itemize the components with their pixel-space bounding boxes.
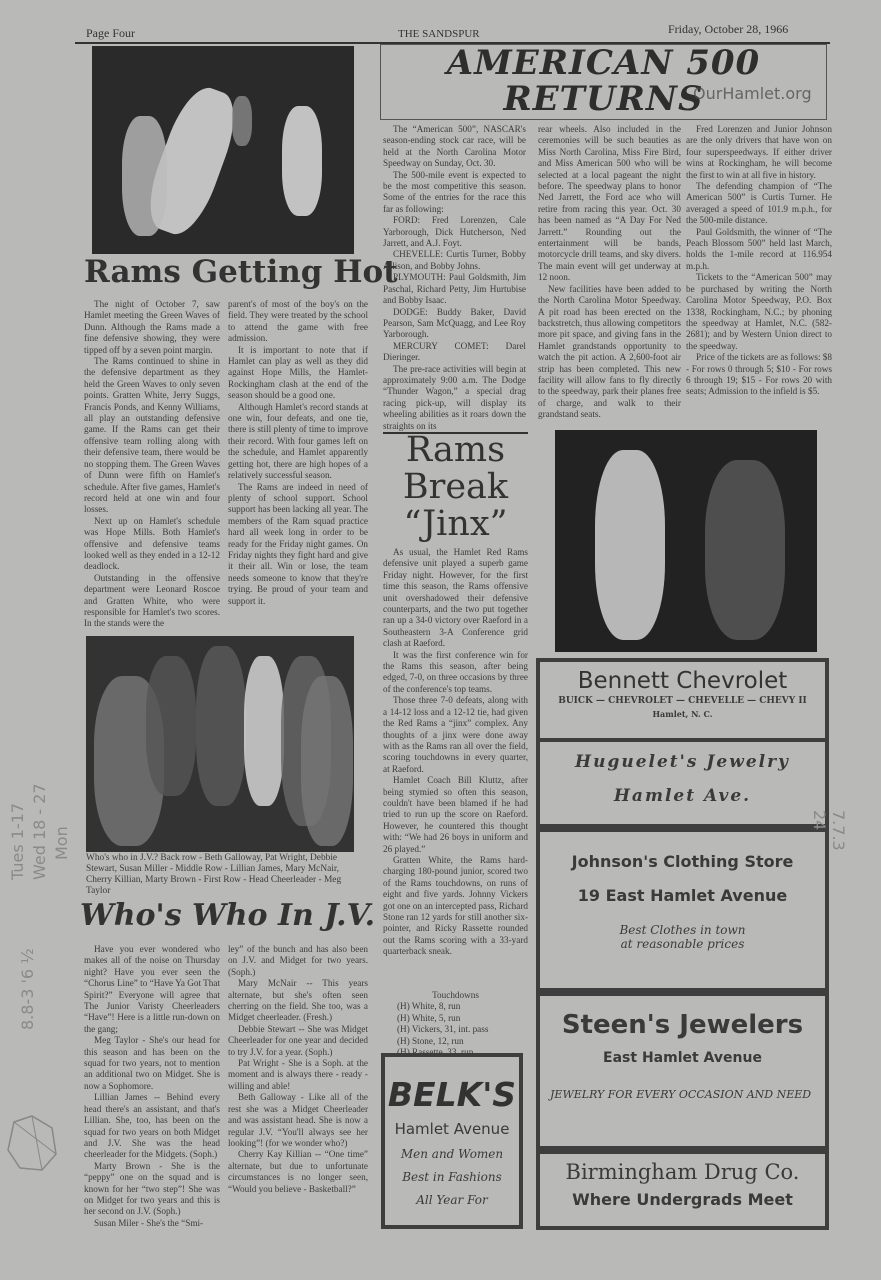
- paragraph: Tickets to the “American 500” may be pur…: [686, 272, 832, 352]
- handwritten-note: 7.7.3 24: [810, 810, 848, 851]
- paragraph: Those three 7-0 defeats, along with a 14…: [383, 695, 528, 775]
- article-whos-who-col2: ley” of the bunch and has also been on J…: [228, 944, 368, 1195]
- ad-huguelet-jewelry: Huguelet's Jewelry Hamlet Ave.: [536, 738, 829, 828]
- article-american-500-col1: The “American 500”, NASCAR's season-endi…: [383, 124, 526, 432]
- ad-huguelet-address: Hamlet Ave.: [540, 786, 825, 806]
- headline-line: Break: [383, 469, 528, 506]
- paragraph: Meg Taylor - She's our head for this sea…: [84, 1035, 220, 1092]
- paragraph: parent's of most of the boy's on the fie…: [228, 299, 368, 345]
- headline-rams-break-jinx: Rams Break “Jinx”: [383, 432, 528, 543]
- paragraph: rear wheels. Also included in the ceremo…: [538, 124, 681, 284]
- headline-line: “Jinx”: [383, 506, 528, 543]
- touchdown-item: (H) Vickers, 31, int. pass: [383, 1024, 528, 1035]
- paragraph: Susan Miler - She's the “Smi-: [84, 1218, 220, 1229]
- paragraph: Cherry Kay Killian -- “One time” alterna…: [228, 1149, 368, 1195]
- paragraph: The Rams are indeed in need of plenty of…: [228, 482, 368, 607]
- article-rams-break-jinx: As usual, the Hamlet Red Rams defensive …: [383, 547, 528, 958]
- watermark[interactable]: OurHamlet.org: [693, 84, 812, 103]
- paragraph: It is important to note that if Hamlet c…: [228, 345, 368, 402]
- headline-rams-getting-hot: Rams Getting Hot: [84, 254, 398, 290]
- paragraph: Gratten White, the Rams hard-charging 18…: [383, 855, 528, 958]
- paragraph: CHEVELLE: Curtis Turner, Bobby Allison, …: [383, 249, 526, 272]
- ad-belks: BELK'S Hamlet Avenue Men and Women Best …: [381, 1053, 523, 1229]
- ad-belks-line: Best in Fashions: [385, 1170, 519, 1184]
- ad-johnson-name: Johnson's Clothing Store: [540, 852, 825, 871]
- touchdowns-list: Touchdowns (H) White, 8, run (H) White, …: [383, 990, 528, 1058]
- paragraph: The defending champion of “The American …: [686, 181, 832, 227]
- paragraph: As usual, the Hamlet Red Rams defensive …: [383, 547, 528, 650]
- ad-birmingham-tag: Where Undergrads Meet: [540, 1190, 825, 1209]
- doodle-icon: [4, 1110, 64, 1180]
- paragraph: The 500-mile event is expected to be the…: [383, 170, 526, 216]
- issue-date: Friday, October 28, 1966: [668, 22, 788, 37]
- ad-bennett-city: Hamlet, N. C.: [540, 709, 825, 719]
- paragraph: ley” of the bunch and has also been on J…: [228, 944, 368, 978]
- ad-johnson-tag: at reasonable prices: [540, 937, 825, 951]
- headline-box-american-500: AMERICAN 500 RETURNS: [380, 44, 827, 120]
- paragraph: The pre-race activities will begin at ap…: [383, 364, 526, 432]
- paragraph: The “American 500”, NASCAR's season-endi…: [383, 124, 526, 170]
- ad-johnson-tag: Best Clothes in town: [540, 923, 825, 937]
- ad-belks-name: BELK'S: [385, 1075, 519, 1114]
- page-number: Page Four: [86, 26, 135, 41]
- article-rams-getting-hot-col1: The night of October 7, saw Hamlet meeti…: [84, 299, 220, 630]
- ad-belks-line: Men and Women: [385, 1147, 519, 1161]
- paragraph: Pat Wright - She is a Soph. at the momen…: [228, 1058, 368, 1092]
- paragraph: Fred Lorenzen and Junior Johnson are the…: [686, 124, 832, 181]
- paragraph: Beth Galloway - Like all of the rest she…: [228, 1092, 368, 1149]
- cheerleader-photo: [86, 636, 354, 852]
- paragraph: Lillian James -- Behind every head there…: [84, 1092, 220, 1160]
- paragraph: New facilities have been added to the No…: [538, 284, 681, 421]
- ad-bennett-name: Bennett Chevrolet: [540, 668, 825, 694]
- article-whos-who-col1: Have you ever wondered who makes all of …: [84, 944, 220, 1229]
- handwritten-note: Wed 18 - 27: [30, 783, 49, 880]
- paragraph: Paul Goldsmith, the winner of “The Peach…: [686, 227, 832, 273]
- paragraph: Have you ever wondered who makes all of …: [84, 944, 220, 1035]
- paragraph: Hamlet Coach Bill Kluttz, after being st…: [383, 775, 528, 855]
- ad-steen-address: East Hamlet Avenue: [540, 1050, 825, 1066]
- paragraph: Marty Brown - She is the “peppy” one on …: [84, 1161, 220, 1218]
- ad-johnson-address: 19 East Hamlet Avenue: [540, 886, 825, 905]
- article-rams-getting-hot-col2: parent's of most of the boy's on the fie…: [228, 299, 368, 607]
- paragraph: Next up on Hamlet's schedule was Hope Mi…: [84, 516, 220, 573]
- ad-bennett-lines: BUICK — CHEVROLET — CHEVELLE — CHEVY II: [540, 696, 825, 706]
- ad-birmingham-name: Birmingham Drug Co.: [540, 1160, 825, 1184]
- ad-steen-tag: JEWELRY FOR EVERY OCCASION AND NEED: [540, 1088, 825, 1101]
- paragraph: The Rams continued to shine in the defen…: [84, 356, 220, 516]
- ad-johnsons-clothing: Johnson's Clothing Store 19 East Hamlet …: [536, 828, 829, 992]
- headline-whos-who: Who's Who In J.V.: [80, 898, 375, 933]
- paragraph: Outstanding in the offensive department …: [84, 573, 220, 630]
- headline-line: Rams: [383, 432, 528, 469]
- touchdowns-title: Touchdowns: [383, 990, 528, 1001]
- touchdown-item: (H) White, 8, run: [383, 1001, 528, 1012]
- paragraph: Although Hamlet's record stands at one w…: [228, 402, 368, 482]
- paragraph: FORD: Fred Lorenzen, Cale Yarborough, Di…: [383, 215, 526, 249]
- handwritten-note: Tues 1-17: [8, 803, 27, 880]
- ad-bennett-chevrolet: Bennett Chevrolet BUICK — CHEVROLET — CH…: [536, 658, 829, 742]
- football-photo-1: [92, 46, 354, 254]
- paragraph: The night of October 7, saw Hamlet meeti…: [84, 299, 220, 356]
- paragraph: It was the first conference win for the …: [383, 650, 528, 696]
- paragraph: DODGE: Buddy Baker, David Pearson, Sam M…: [383, 307, 526, 341]
- ad-huguelet-name: Huguelet's Jewelry: [540, 752, 825, 772]
- handwritten-note: Mon: [52, 826, 71, 860]
- touchdown-item: (H) White, 5, run: [383, 1013, 528, 1024]
- paragraph: Price of the tickets are as follows: $8 …: [686, 352, 832, 398]
- paragraph: MERCURY COMET: Darel Dieringer.: [383, 341, 526, 364]
- photo-caption: Who's who in J.V.? Back row - Beth Gallo…: [86, 853, 358, 897]
- headline-american-500: AMERICAN 500: [381, 45, 826, 81]
- handwritten-note: 8.8-3 '6 ½: [18, 948, 37, 1030]
- paragraph: PLYMOUTH: Paul Goldsmith, Jim Paschal, R…: [383, 272, 526, 306]
- article-american-500-col2: rear wheels. Also included in the ceremo…: [538, 124, 681, 421]
- ad-birmingham-drug: Birmingham Drug Co. Where Undergrads Mee…: [536, 1150, 829, 1230]
- paragraph: Mary McNair -- This years alternate, but…: [228, 978, 368, 1024]
- newspaper-name: THE SANDSPUR: [398, 28, 480, 40]
- ad-steen-name: Steen's Jewelers: [540, 1010, 825, 1040]
- ad-belks-address: Hamlet Avenue: [385, 1120, 519, 1138]
- touchdown-item: (H) Stone, 12, run: [383, 1036, 528, 1047]
- paragraph: Debbie Stewart -- She was Midget Cheerle…: [228, 1024, 368, 1058]
- ad-belks-line: All Year For: [385, 1193, 519, 1207]
- article-american-500-col3: Fred Lorenzen and Junior Johnson are the…: [686, 124, 832, 398]
- ad-steens-jewelers: Steen's Jewelers East Hamlet Avenue JEWE…: [536, 992, 829, 1150]
- football-photo-2: [555, 430, 817, 652]
